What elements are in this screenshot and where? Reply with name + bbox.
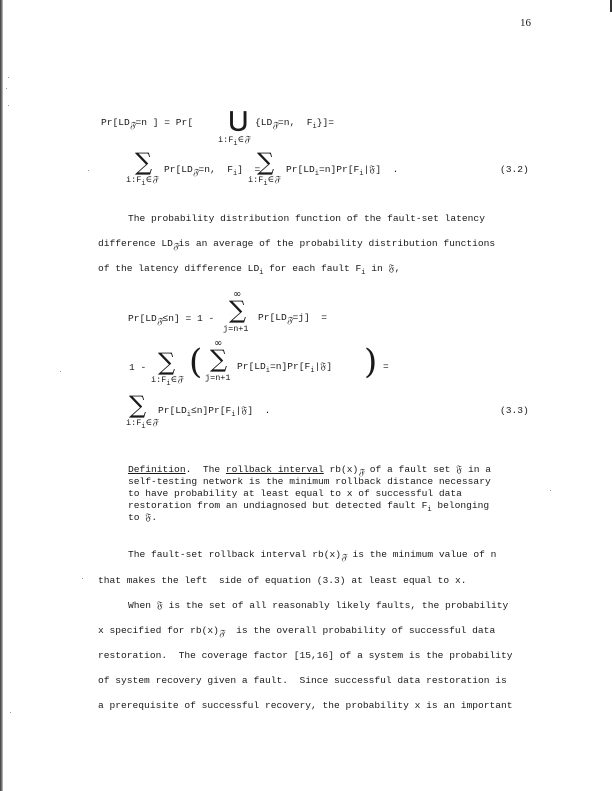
definition-line: to 𝔉. <box>128 512 157 524</box>
text: }]= <box>317 117 334 128</box>
summation-icon: ∑ <box>135 150 152 174</box>
eq-term: Pr[LD𝔉=j] = <box>258 312 327 323</box>
text-line: The fault-set rollback interval rb(x)𝔉 i… <box>128 549 496 560</box>
defined-term: rollback interval <box>226 464 324 475</box>
text-line: When 𝔉 is the set of all reasonably like… <box>128 600 508 611</box>
text: Pr[LD <box>164 164 193 175</box>
text: i:F <box>248 175 263 185</box>
text: =n, F <box>278 117 313 128</box>
sum-limit: i:Fi∈𝔉 <box>126 418 158 428</box>
text: Pr[LD <box>286 164 315 175</box>
equation-number: (3.3) <box>500 405 529 416</box>
sum-limit: i:Fi∈𝔉 <box>126 175 158 185</box>
sum-limit: j=n+1 <box>205 373 231 383</box>
definition-line: self-testing network is the minimum roll… <box>128 476 491 488</box>
text: =n, F <box>199 164 234 175</box>
scan-speck <box>6 88 7 89</box>
text-line: of the latency difference LDi for each f… <box>98 263 400 274</box>
text: i:F <box>218 135 233 145</box>
text: ∈𝔉 <box>146 418 158 428</box>
sum-limit: j=n+1 <box>223 324 249 334</box>
text: =n ] = Pr[ <box>136 117 194 128</box>
text: restoration from an undiagnosed but dete… <box>128 500 427 511</box>
text: is the minimum value of n <box>347 549 497 560</box>
union-symbol-icon: ⋃ <box>229 110 248 132</box>
text: ∈𝔉 <box>268 175 280 185</box>
text: ∈𝔉 <box>146 175 158 185</box>
text-line: The probability distribution function of… <box>128 213 485 224</box>
text: =j] = <box>293 312 328 323</box>
text: for each fault F <box>263 263 361 274</box>
text-line: of system recovery given a fault. Since … <box>98 675 507 686</box>
text: of a fault set 𝔉 in a <box>364 464 491 475</box>
text: Pr[LD <box>128 313 157 324</box>
text-line: a prerequisite of successful recovery, t… <box>98 700 513 711</box>
text: x specified for rb(x) <box>98 625 219 636</box>
text-line: that makes the left side of equation (3.… <box>98 575 466 586</box>
text: is the overall probability of successful… <box>225 625 496 636</box>
text-line: difference LD𝔉is an average of the proba… <box>98 238 495 249</box>
eq-term: Pr[LDi≤n]Pr[Fi|𝔉] . <box>158 405 270 416</box>
text: Pr[LD <box>101 117 130 128</box>
union-limit: i:Fi∈𝔉 <box>218 135 250 145</box>
text: Pr[LD <box>237 361 266 372</box>
eq-lhs: Pr[LD𝔉≤n] = 1 - <box>128 313 214 324</box>
text: i:F <box>151 375 166 385</box>
text: ∈𝔉 <box>171 375 183 385</box>
scan-speck <box>10 712 11 713</box>
summation-icon: ∑ <box>129 393 146 417</box>
text: The fault-set rollback interval rb(x) <box>128 549 341 560</box>
scan-speck <box>88 170 89 171</box>
text: =n]Pr[F <box>319 164 359 175</box>
eq-term: Pr[LD𝔉=n, Fi] = <box>164 164 260 175</box>
text: ≤n]Pr[F <box>191 405 231 416</box>
definition-line: Definition. The rollback interval rb(x)𝔉… <box>128 464 491 476</box>
text: Pr[LD <box>158 405 187 416</box>
text: i:F <box>126 175 141 185</box>
text: |𝔉] <box>315 361 333 372</box>
right-paren: ) <box>364 345 377 379</box>
text: . The <box>186 464 226 475</box>
text: Pr[LD <box>258 312 287 323</box>
text: {LD <box>255 117 272 128</box>
text: of the latency difference LD <box>98 263 259 274</box>
text: i:F <box>126 418 141 428</box>
eq-term: Pr[LDi=n]Pr[Fi|𝔉] . <box>286 164 398 175</box>
definition-line: to have probability at least equal to x … <box>128 488 462 500</box>
text: in 𝔉, <box>365 263 400 274</box>
sum-limit: i:Fi∈𝔉 <box>248 175 280 185</box>
scan-border-left <box>0 0 3 791</box>
eq-term: Pr[LDi=n]Pr[Fi|𝔉] <box>237 361 332 372</box>
text: rb(x) <box>324 464 359 475</box>
text: ≤n] = 1 - <box>163 313 215 324</box>
page-number: 16 <box>520 17 531 29</box>
text-line: restoration. The coverage factor [15,16]… <box>98 650 513 661</box>
scan-speck <box>82 578 83 579</box>
text: |𝔉] . <box>364 164 399 175</box>
scan-speck <box>550 490 551 491</box>
scan-speck <box>8 77 9 78</box>
text: is an average of the probability distrib… <box>179 238 496 249</box>
definition-line: restoration from an undiagnosed but dete… <box>128 500 489 512</box>
text: ∈𝔉 <box>238 135 250 145</box>
text: difference LD <box>98 238 173 249</box>
left-paren: ( <box>189 345 202 379</box>
text: |𝔉] . <box>236 405 271 416</box>
summation-icon: ∑ <box>229 298 246 322</box>
definition-label: Definition <box>128 464 186 475</box>
union-rhs: {LD𝔉=n, Fi}]= <box>255 117 334 128</box>
eq-lead: 1 - <box>129 362 146 373</box>
scan-speck <box>8 105 9 106</box>
union-lhs: Pr[LD𝔉=n ] = Pr[ <box>101 117 193 128</box>
text: =n]Pr[F <box>270 361 310 372</box>
eq-trail: = <box>383 361 389 372</box>
summation-icon: ∑ <box>158 350 175 374</box>
summation-icon: ∑ <box>210 347 227 371</box>
text: belonging <box>432 500 490 511</box>
equation-number: (3.2) <box>500 164 529 175</box>
sum-limit: i:Fi∈𝔉 <box>151 375 183 385</box>
summation-icon: ∑ <box>257 150 274 174</box>
scan-speck <box>60 371 61 372</box>
text-line: x specified for rb(x)𝔉 is the overall pr… <box>98 625 495 636</box>
